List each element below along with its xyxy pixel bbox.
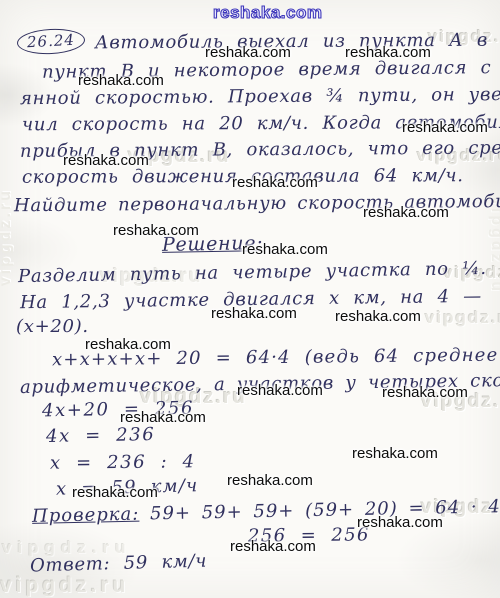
reshaka-watermark: reshaka.com [345, 44, 431, 61]
reshaka-watermark: reshaka.com [242, 241, 328, 258]
reshaka-watermark: reshaka.com [352, 445, 438, 462]
vipgdz-watermark: vipgdz.ru [425, 308, 500, 328]
reshaka-watermark: reshaka.com [232, 174, 318, 191]
reshaka-watermark: reshaka.com [382, 384, 468, 401]
reshaka-watermark: reshaka.com [357, 514, 443, 531]
reshaka-watermark: reshaka.com [363, 204, 449, 221]
solution-line: Разделим путь на четыре участка по ¼. [18, 258, 487, 287]
reshaka-watermark: reshaka.com [72, 484, 158, 501]
notebook-page-photo: vipgdz.ru vipgdz.ru vipgdz.ru vipgdz.ru … [0, 0, 500, 598]
reshaka-watermark: reshaka.com [211, 305, 297, 322]
check-equation: 59+ 59+ 59+ (59+ 20) = 64 · 4 [150, 496, 500, 524]
answer-line: Ответ: 59 км/ч [30, 551, 208, 577]
reshaka-watermark: reshaka.com [230, 538, 316, 555]
solution-equation: х = 236 : 4 [50, 451, 196, 474]
reshaka-watermark: reshaka.com [227, 472, 313, 489]
reshaka-watermark-blue: reshaka.com [213, 3, 322, 23]
solution-line: (х+20). [16, 316, 89, 337]
reshaka-watermark: reshaka.com [63, 152, 149, 169]
reshaka-watermark: reshaka.com [120, 409, 206, 426]
reshaka-watermark: reshaka.com [402, 119, 488, 136]
reshaka-watermark: reshaka.com [335, 308, 421, 325]
solution-equation: 4х = 236 [46, 424, 156, 447]
vipgdz-watermark: vipgdz.ru [0, 574, 129, 598]
reshaka-watermark: reshaka.com [85, 336, 171, 353]
reshaka-watermark: reshaka.com [205, 44, 291, 61]
reshaka-watermark: reshaka.com [78, 72, 164, 89]
problem-number: 26.24 [16, 27, 85, 56]
reshaka-watermark: reshaka.com [237, 382, 323, 399]
check-label: Проверка: [32, 504, 140, 527]
vipgdz-watermark-vertical-left: vipgdz.ru [0, 188, 15, 286]
reshaka-watermark: reshaka.com [113, 222, 199, 239]
